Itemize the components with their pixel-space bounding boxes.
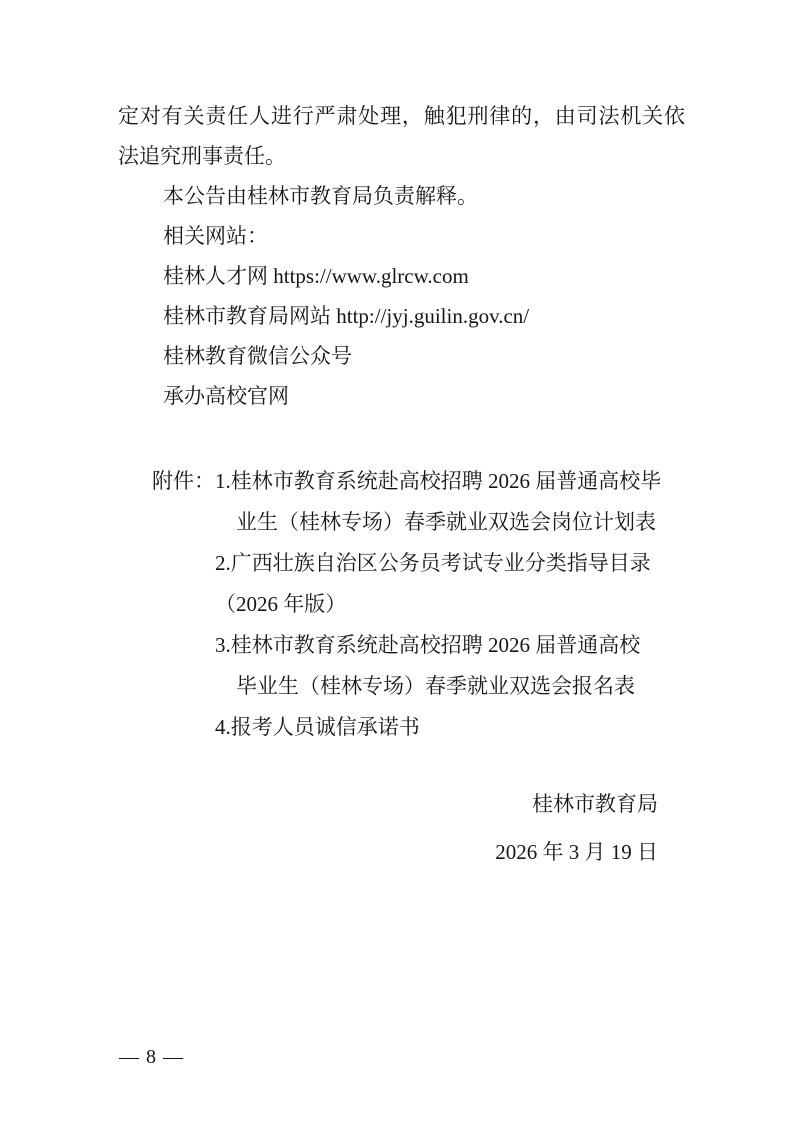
attachment-item-3-line: 3.桂林市教育系统赴高校招聘 2026 届普通高校 — [215, 625, 685, 666]
attachments-list: 1.桂林市教育系统赴高校招聘 2026 届普通高校毕 业生（桂林专场）春季就业双… — [215, 461, 685, 748]
document-page: 定对有关责任人进行严肃处理，触犯刑律的，由司法机关依 法追究刑事责任。 本公告由… — [0, 0, 800, 1131]
attachments-label: 附件： — [152, 461, 215, 748]
body-text: 定对有关责任人进行严肃处理，触犯刑律的，由司法机关依 法追究刑事责任。 本公告由… — [118, 96, 685, 416]
website-line-education-bureau: 桂林市教育局网站 http://jyj.guilin.gov.cn/ — [118, 296, 685, 336]
attachments-block: 附件： 1.桂林市教育系统赴高校招聘 2026 届普通高校毕 业生（桂林专场）春… — [152, 461, 685, 748]
page-number: — 8 — — [119, 1046, 184, 1068]
signature-block: 桂林市教育局 2026 年 3 月 19 日 — [118, 784, 685, 873]
attachment-item-3-line: 毕业生（桂林专场）春季就业双选会报名表 — [215, 666, 685, 707]
issue-date: 2026 年 3 月 19 日 — [118, 832, 658, 873]
attachment-item-2-line: 2.广西壮族自治区公务员考试专业分类指导目录 — [215, 543, 685, 584]
attachment-item-2-line: （2026 年版） — [215, 584, 685, 625]
body-line: 定对有关责任人进行严肃处理，触犯刑律的，由司法机关依 — [118, 96, 685, 136]
attachment-item-1-line: 业生（桂林专场）春季就业双选会岗位计划表 — [215, 502, 685, 543]
website-line-wechat-account: 桂林教育微信公众号 — [118, 336, 685, 376]
body-line: 法追究刑事责任。 — [118, 136, 685, 176]
related-websites-heading: 相关网站： — [118, 216, 685, 256]
body-line: 本公告由桂林市教育局负责解释。 — [118, 176, 685, 216]
attachment-item-4-line: 4.报考人员诚信承诺书 — [215, 707, 685, 748]
website-line-university-site: 承办高校官网 — [118, 376, 685, 416]
website-line-guilin-talent-net: 桂林人才网 https://www.glrcw.com — [118, 256, 685, 296]
issuer-name: 桂林市教育局 — [118, 784, 658, 825]
attachment-item-1-line: 1.桂林市教育系统赴高校招聘 2026 届普通高校毕 — [215, 461, 685, 502]
page-footer: — 8 — — [119, 1045, 184, 1069]
